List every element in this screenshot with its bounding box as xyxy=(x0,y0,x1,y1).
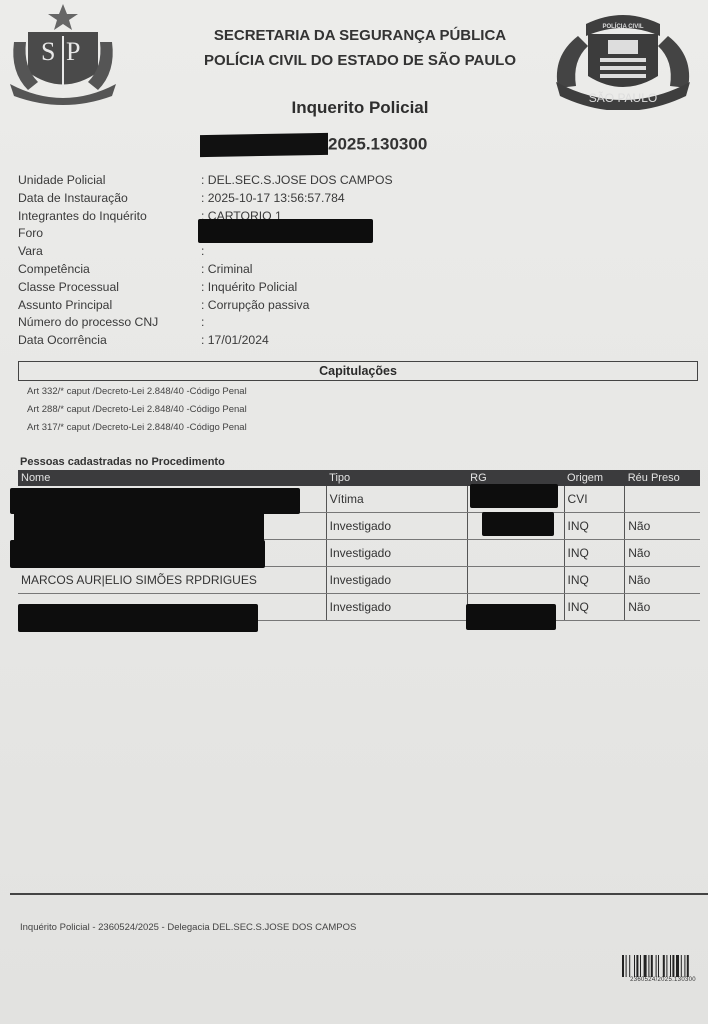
redacted-name-2 xyxy=(14,512,264,542)
cell-tipo: Investigado xyxy=(326,513,467,540)
field-value: : 2025-10-17 13:56:57.784 xyxy=(201,191,478,209)
document-title: Inquerito Policial xyxy=(150,98,570,118)
cell-origem: CVI xyxy=(564,486,625,513)
barcode-number: 2360524/2025.130300 xyxy=(622,977,704,983)
field-label: Vara xyxy=(18,244,201,262)
procedure-fields: Unidade Policial: DEL.SEC.S.JOSE DOS CAM… xyxy=(18,173,478,351)
capitulacao-item: Art 317/* caput /Decreto-Lei 2.848/40 -C… xyxy=(27,420,247,438)
field-label: Competência xyxy=(18,262,201,280)
document-number: 2025.130300 xyxy=(200,134,427,156)
document-number-suffix: 2025.130300 xyxy=(328,134,427,153)
field-row: Unidade Policial: DEL.SEC.S.JOSE DOS CAM… xyxy=(18,173,478,191)
column-header: Réu Preso xyxy=(625,470,700,486)
capitulacao-item: Art 332/* caput /Decreto-Lei 2.848/40 -C… xyxy=(27,384,247,402)
field-value: : Corrupção passiva xyxy=(201,298,478,316)
field-row: Data de Instauração: 2025-10-17 13:56:57… xyxy=(18,191,478,209)
table-row: MARCOS AUR|ELIO SIMÕES RPDRIGUESInvestig… xyxy=(18,567,700,594)
field-value: : xyxy=(201,315,478,333)
field-value: : xyxy=(201,244,478,262)
cell-reu-preso: Não xyxy=(625,594,700,621)
cell-origem: INQ xyxy=(564,594,625,621)
capitulacoes-header: Capitulações xyxy=(18,361,698,381)
field-row: Assunto Principal: Corrupção passiva xyxy=(18,298,478,316)
column-header: Nome xyxy=(18,470,326,486)
footer-divider xyxy=(10,893,708,895)
cell-tipo: Investigado xyxy=(326,594,467,621)
svg-text:SÃO PAULO: SÃO PAULO xyxy=(589,91,657,105)
field-label: Data Ocorrência xyxy=(18,333,201,351)
field-label: Unidade Policial xyxy=(18,173,201,191)
capitulacao-item: Art 288/* caput /Decreto-Lei 2.848/40 -C… xyxy=(27,402,247,420)
field-row: Data Ocorrência: 17/01/2024 xyxy=(18,333,478,351)
redacted-name-3 xyxy=(10,540,265,568)
field-row: Classe Processual: Inquérito Policial xyxy=(18,280,478,298)
cell-rg xyxy=(467,567,564,594)
column-header: Origem xyxy=(564,470,625,486)
cell-tipo: Investigado xyxy=(326,567,467,594)
redacted-name-1 xyxy=(10,488,300,514)
header-policia-civil: POLÍCIA CIVIL DO ESTADO DE SÃO PAULO xyxy=(150,52,570,69)
redacted-foro xyxy=(198,219,373,243)
cell-origem: INQ xyxy=(564,567,625,594)
footer-text: Inquérito Policial - 2360524/2025 - Dele… xyxy=(20,922,356,933)
cell-nome: MARCOS AUR|ELIO SIMÕES RPDRIGUES xyxy=(18,567,326,594)
field-value: : DEL.SEC.S.JOSE DOS CAMPOS xyxy=(201,173,478,191)
field-value: : Inquérito Policial xyxy=(201,280,478,298)
capitulacoes-list: Art 332/* caput /Decreto-Lei 2.848/40 -C… xyxy=(27,384,247,438)
redacted-rg-2 xyxy=(482,512,554,536)
field-label: Data de Instauração xyxy=(18,191,201,209)
field-label: Classe Processual xyxy=(18,280,201,298)
field-row: Número do processo CNJ: xyxy=(18,315,478,333)
cell-origem: INQ xyxy=(564,540,625,567)
cell-reu-preso: Não xyxy=(625,513,700,540)
svg-text:POLÍCIA CIVIL: POLÍCIA CIVIL xyxy=(602,22,643,30)
field-value: : Criminal xyxy=(201,262,478,280)
redacted-name-5 xyxy=(18,604,258,632)
pessoas-title: Pessoas cadastradas no Procedimento xyxy=(20,456,225,468)
cell-rg xyxy=(467,540,564,567)
cell-tipo: Vítima xyxy=(326,486,467,513)
svg-text:P: P xyxy=(66,37,80,66)
header-secretaria: SECRETARIA DA SEGURANÇA PÚBLICA xyxy=(150,27,570,44)
cell-tipo: Investigado xyxy=(326,540,467,567)
sp-coat-of-arms-logo: S P xyxy=(8,2,118,110)
field-row: Competência: Criminal xyxy=(18,262,478,280)
barcode-icon xyxy=(622,955,704,977)
policia-civil-logo: POLÍCIA CIVIL SÃO PAULO xyxy=(548,6,698,110)
column-header: Tipo xyxy=(326,470,467,486)
cell-reu-preso: Não xyxy=(625,567,700,594)
field-label: Assunto Principal xyxy=(18,298,201,316)
redacted-rg-5 xyxy=(466,604,556,630)
field-value: : 17/01/2024 xyxy=(201,333,478,351)
field-row: Vara: xyxy=(18,244,478,262)
field-label: Foro xyxy=(18,226,201,244)
cell-reu-preso xyxy=(625,486,700,513)
cell-reu-preso: Não xyxy=(625,540,700,567)
redacted-rg-1 xyxy=(470,484,558,508)
cell-origem: INQ xyxy=(564,513,625,540)
field-label: Integrantes do Inquérito xyxy=(18,209,201,227)
svg-text:S: S xyxy=(41,37,55,66)
redacted-number-prefix xyxy=(200,133,328,157)
field-label: Número do processo CNJ xyxy=(18,315,201,333)
